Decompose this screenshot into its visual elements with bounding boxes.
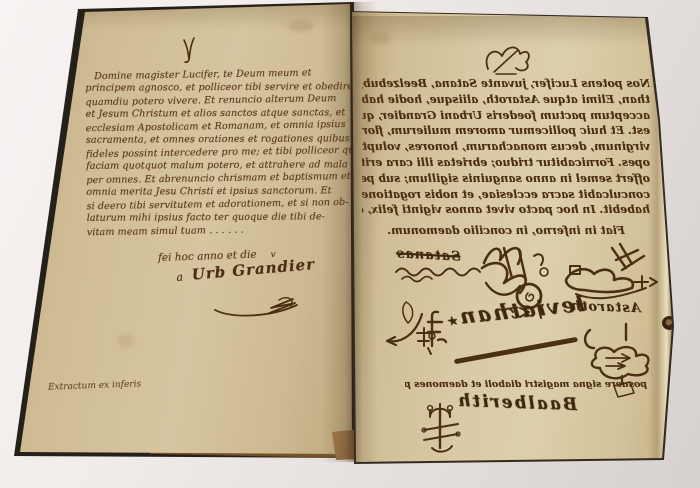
baalberith-signature: Baalberith: [456, 391, 578, 415]
closing-line: Fiat in inferno, in concilio daemonum.: [362, 224, 650, 237]
corner-note: Extractum ex inferis: [48, 379, 141, 392]
manuscript-line: Nos potens Lucifer, juvante Satana, Beel…: [362, 76, 650, 92]
manuscript-line: offert semel in anno sanguinis sigillum;…: [362, 171, 650, 187]
stain-spot: [288, 20, 314, 32]
manuscript-line: conculcabit sacra ecclesiae, et nobis ro…: [362, 187, 650, 203]
manuscript-line: acceptum pactum foederis Urbani Grandier…: [362, 108, 650, 124]
signature-flourish: [213, 292, 301, 320]
right-page: Nos potens Lucifer, juvante Satana, Beel…: [350, 10, 672, 464]
satanas-signature: Satanas: [396, 246, 461, 264]
latin-pact-text: Domine magister Lucifer, te Deum meum et…: [85, 67, 357, 239]
left-page: Domine magister Lucifer, te Deum meum et…: [18, 4, 354, 456]
manuscript-line: est. Et huic pollicemur amorem mulierum,…: [362, 123, 650, 139]
attestation-line: posuere signa magistri diaboli et daemon…: [405, 379, 647, 390]
leviathan-star: ★: [446, 314, 459, 328]
manuscript-line: than, Elimi atque Astaroth, aliisque, ho…: [362, 92, 650, 108]
manuscript-line: virginum, decus monacharum, honores, vol…: [362, 139, 650, 155]
signature-prefix: a: [176, 270, 185, 284]
leviathan-underline: [452, 336, 581, 365]
manuscript-photo: Domine magister Lucifer, te Deum meum et…: [0, 0, 700, 488]
stain-spot: [372, 32, 390, 44]
astaroth-signature: Astaroth: [570, 299, 641, 316]
manuscript-line: habebit. In hoc pacto vivet annos vigint…: [362, 202, 650, 218]
pact-monogram-sigil: [480, 42, 534, 76]
manuscript-line: opes. Fornicabitur triduo; ebrietas illi…: [362, 155, 650, 171]
ink-blot: [662, 316, 677, 330]
stain-spot: [118, 334, 134, 348]
mirrored-pact-text: Nos potens Lucifer, juvante Satana, Beel…: [362, 76, 650, 218]
cross-check-mark: [181, 36, 197, 64]
